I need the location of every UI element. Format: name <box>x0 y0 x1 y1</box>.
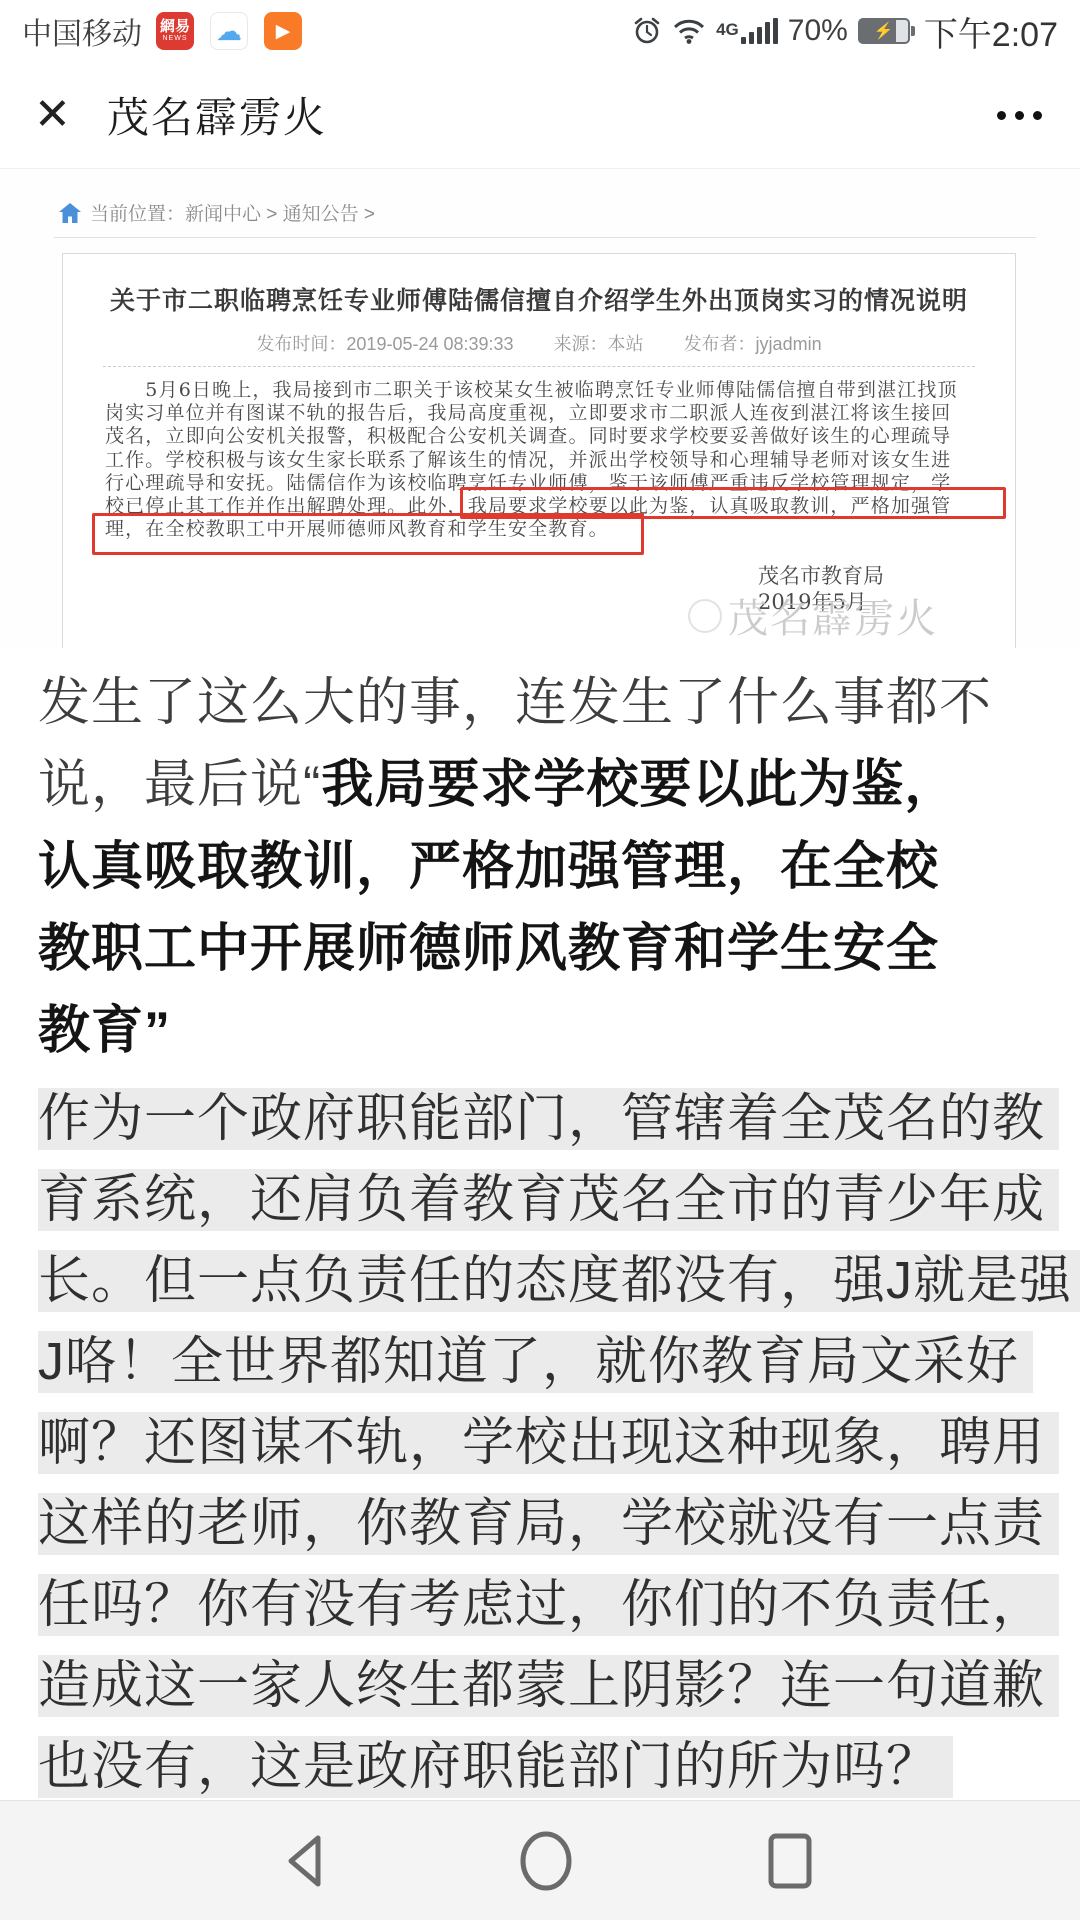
notice-body-line: 工作。学校积极与该女生家长联系了解该生的情况，并派出学校领导和心理辅导老师对该女… <box>105 449 975 472</box>
breadcrumb: 当前位置：新闻中心 > 通知公告 > <box>58 199 375 226</box>
netease-news-icon: 網易 NEWS <box>156 12 194 50</box>
notice-body-line: 岗实习单位并有图谋不轨的报告后，我局高度重视，立即要求市二职派人连夜到湛江将该生… <box>105 402 975 425</box>
breadcrumb-divider <box>54 237 1036 238</box>
watermark-logo-icon <box>688 599 722 633</box>
page-title: 茂名霹雳火 <box>107 85 327 145</box>
commentary-highlighted-line: 任吗？你有没有考虑过，你们的不负责任， <box>38 1574 1080 1636</box>
android-nav-bar <box>0 1800 1080 1920</box>
signal-strength-icon: 4G <box>716 18 778 44</box>
commentary-highlighted-line: 作为一个政府职能部门，管辖着全茂名的教 <box>38 1088 1080 1150</box>
notice-title: 关于市二职临聘烹饪专业师傅陆儒信擅自介绍学生外出顶岗实习的情况说明 <box>63 284 1015 318</box>
commentary-highlighted-line: J咯！全世界都知道了，就你教育局文采好 <box>38 1331 1080 1393</box>
commentary-highlighted-line: 长。但一点负责任的态度都没有，强J就是强 <box>38 1250 1080 1312</box>
commentary-highlighted-line: 啊？还图谋不轨，学校出现这种现象，聘用 <box>38 1412 1080 1474</box>
commentary-line: 发生了这么大的事，连发生了什么事都不 <box>38 662 1080 744</box>
cloud-browser-icon: ☁ <box>210 12 248 50</box>
battery-percent-label: 70% <box>788 14 848 48</box>
commentary-highlighted-line: 这样的老师，你教育局，学校就没有一点责 <box>38 1493 1080 1555</box>
commentary-line: 教职工中开展师德师风教育和学生安全 <box>38 908 1080 990</box>
breadcrumb-label: 当前位置：新闻中心 > 通知公告 > <box>90 199 375 226</box>
watermark: 茂名霹雳火 <box>688 587 938 644</box>
home-icon[interactable] <box>518 1829 574 1893</box>
notice-meta-item: 来源：本站 <box>554 334 644 354</box>
recents-icon[interactable] <box>766 1831 814 1891</box>
commentary-paragraph-2: 作为一个政府职能部门，管辖着全茂名的教育系统，还肩负着教育茂名全市的青少年成长。… <box>0 1088 1080 1798</box>
commentary-line: 说，最后说“我局要求学校要以此为鉴， <box>38 744 1080 826</box>
notification-app-icons: 網易 NEWS ☁ ▶ <box>156 12 302 50</box>
notice-body-line: 茂名，立即向公安机关报警，积极配合公安机关调查。同时要求学校要妥善做好该生的心理… <box>105 425 975 448</box>
back-icon[interactable] <box>282 1831 326 1891</box>
commentary-highlighted-line: 造成这一家人终生都蒙上阴影？连一句道歉 <box>38 1655 1080 1717</box>
status-bar: 中国移动 網易 NEWS ☁ ▶ <box>0 0 1080 62</box>
carrier-label: 中国移动 <box>22 9 142 53</box>
alarm-icon <box>632 16 662 46</box>
clock-label: 下午2:07 <box>924 7 1058 56</box>
network-type-label: 4G <box>716 20 739 40</box>
wifi-icon <box>672 17 706 45</box>
commentary-line: 教育” <box>38 990 1080 1072</box>
commentary-line: 认真吸取教训，严格加强管理，在全校 <box>38 826 1080 908</box>
more-menu-icon[interactable] <box>993 101 1046 130</box>
signature-org: 茂名市教育局 <box>758 563 884 589</box>
notice-meta-divider <box>103 366 975 367</box>
commentary-paragraph-1: 发生了这么大的事，连发生了什么事都不说，最后说“我局要求学校要以此为鉴，认真吸取… <box>0 662 1080 1072</box>
close-icon[interactable]: ✕ <box>34 93 71 137</box>
video-play-icon: ▶ <box>264 12 302 50</box>
red-annotation-box-2 <box>92 513 644 555</box>
commentary-highlighted-line: 育系统，还肩负着教育茂名全市的青少年成 <box>38 1169 1080 1231</box>
notice-meta-item: 发布时间：2019-05-24 08:39:33 <box>256 334 513 354</box>
battery-charging-icon: ⚡ <box>858 18 910 44</box>
notice-screenshot-image[interactable]: 当前位置：新闻中心 > 通知公告 > 关于市二职临聘烹饪专业师傅陆儒信擅自介绍学… <box>0 168 1080 648</box>
notice-meta: 发布时间：2019-05-24 08:39:33来源：本站发布者：jyjadmi… <box>63 332 1015 356</box>
commentary-highlighted-line: 也没有，这是政府职能部门的所为吗？ <box>38 1736 1080 1798</box>
status-bar-right: 4G 70% ⚡ 下午2:07 <box>632 7 1058 56</box>
home-icon <box>58 202 82 224</box>
notice-body-line: 5月6日晚上，我局接到市二职关于该校某女生被临聘烹饪专业师傅陆儒信擅自带到湛江找… <box>105 379 975 402</box>
article-header: ✕ 茂名霹雳火 <box>0 62 1080 168</box>
watermark-label: 茂名霹雳火 <box>728 587 938 644</box>
notice-meta-item: 发布者：jyjadmin <box>684 334 822 354</box>
